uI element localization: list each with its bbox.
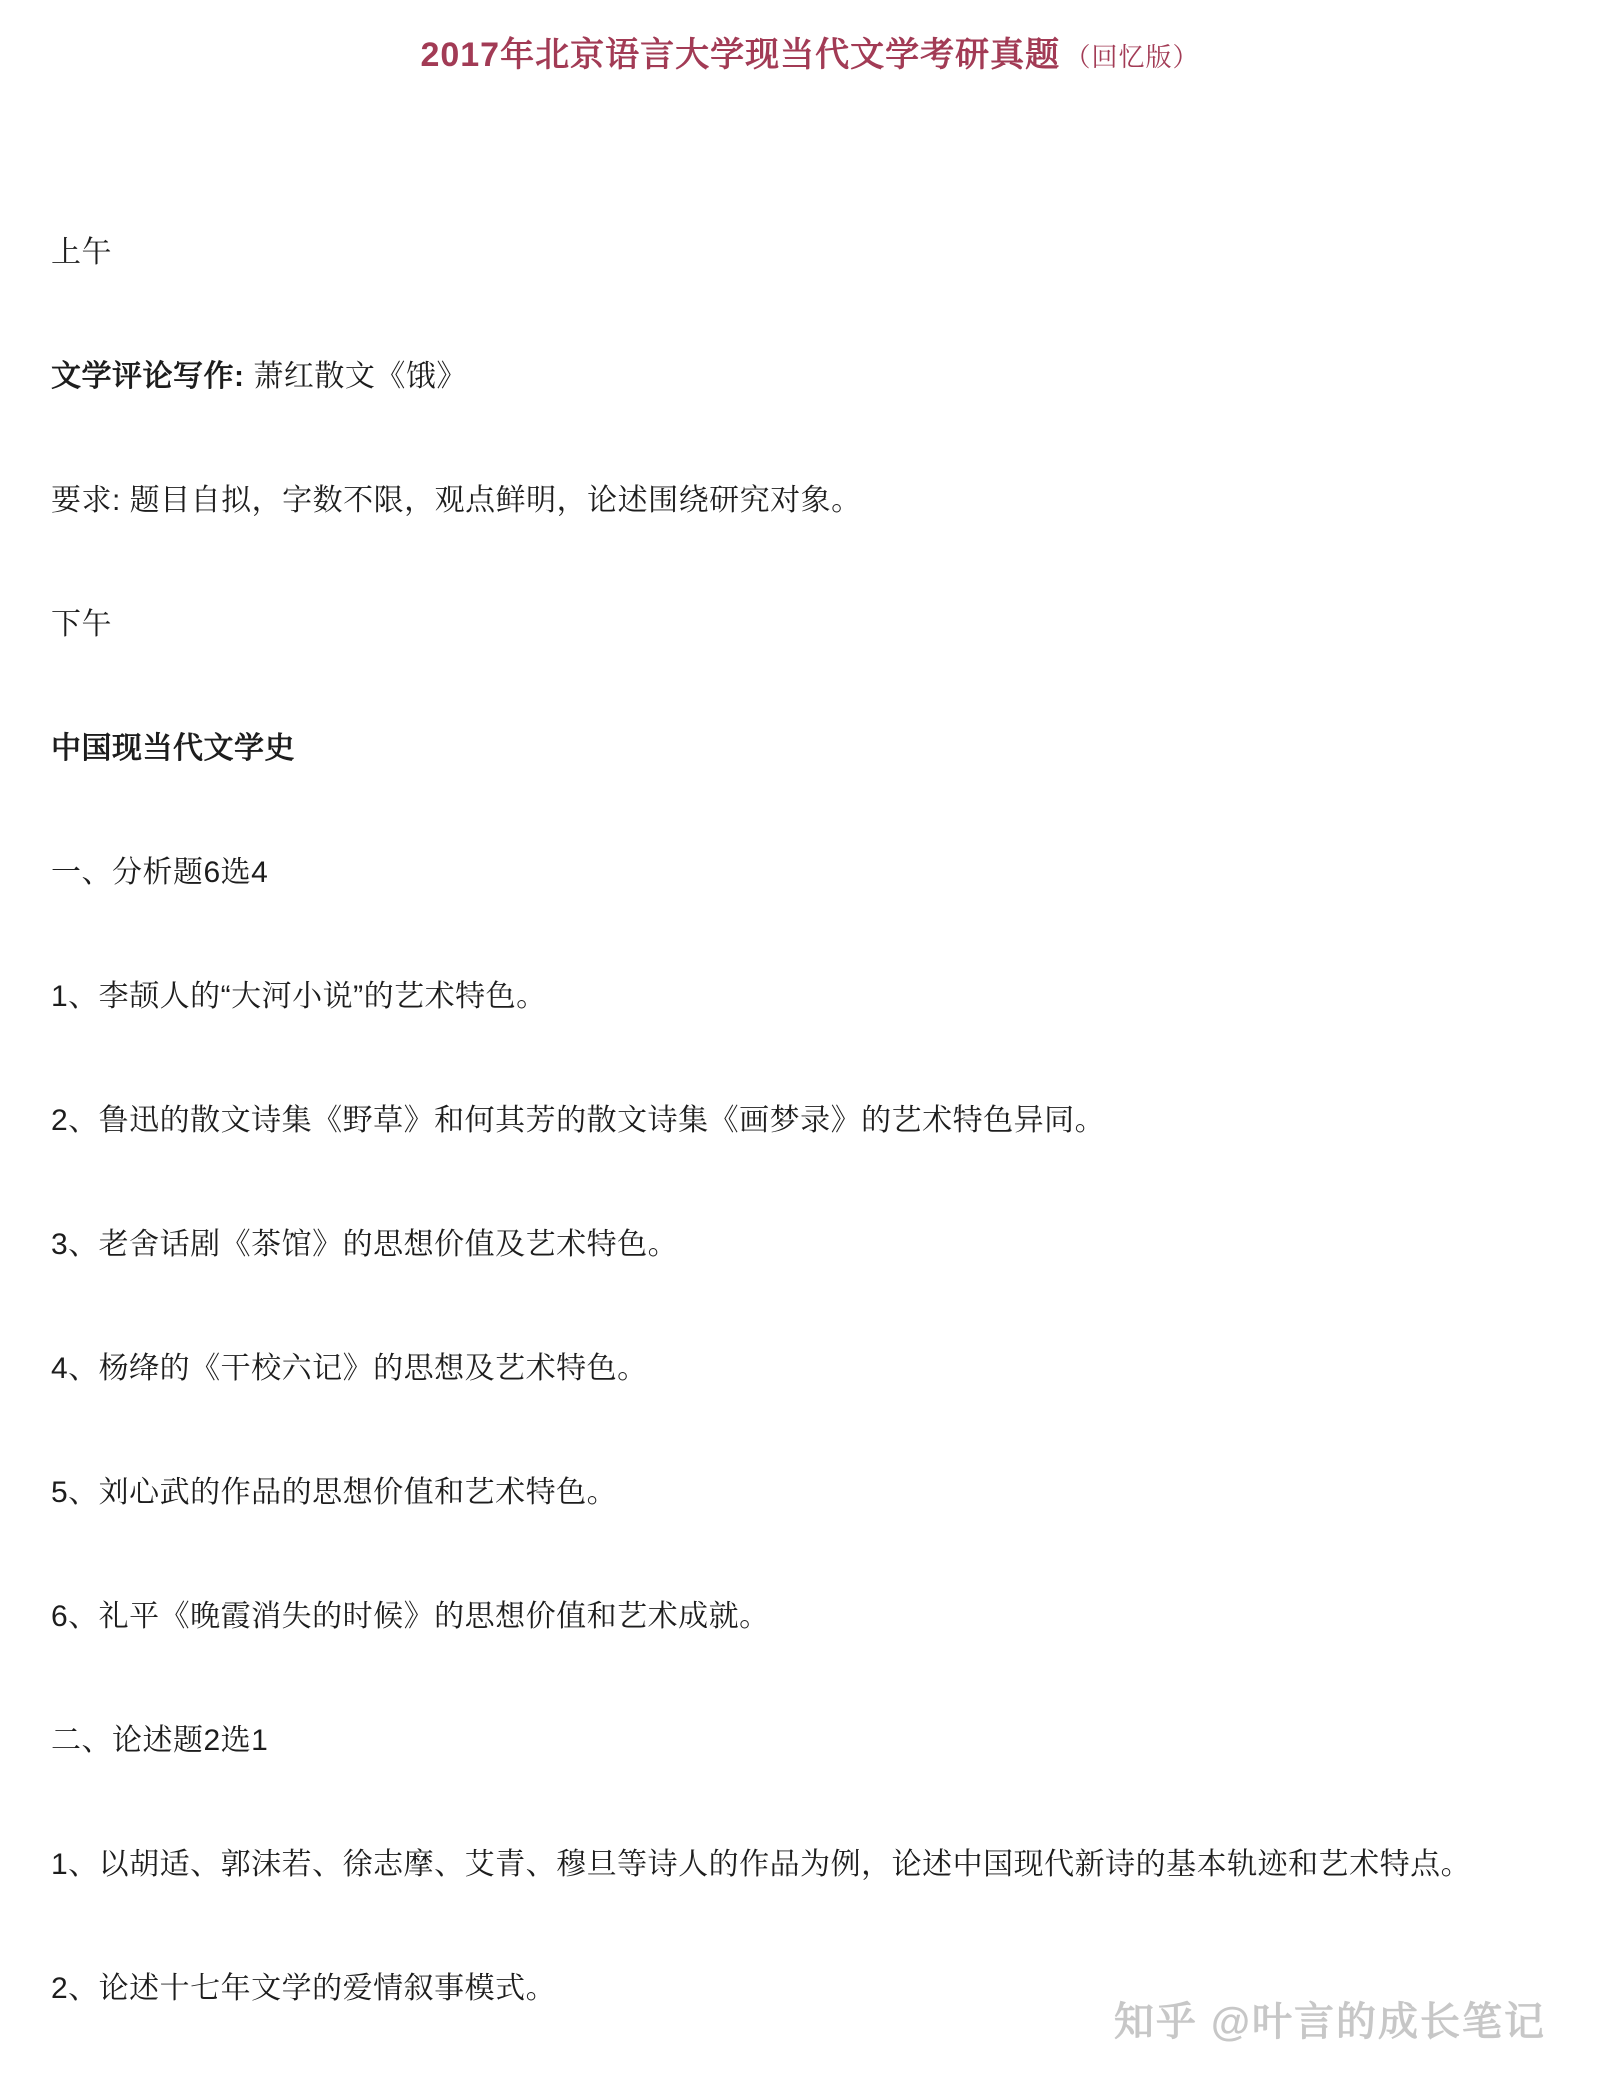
essay-task-label: 文学评论写作: [51,360,245,393]
section1-item-1: 1、李颉人的“大河小说”的艺术特色。 [51,976,1569,1018]
section2-item-1: 1、以胡适、郭沫若、徐志摩、艾青、穆旦等诗人的作品为例，论述中国现代新诗的基本轨… [51,1844,1569,1886]
section2-heading: 二、论述题2选1 [51,1720,1569,1762]
section1-heading: 一、分析题6选4 [51,852,1569,894]
session-morning-label: 上午 [51,232,1569,274]
essay-task-line: 文学评论写作: 萧红散文《饿》 [51,356,1569,398]
page-title-suffix: （回忆版） [1065,42,1200,72]
section1-item-5: 5、刘心武的作品的思想价值和艺术特色。 [51,1472,1569,1514]
zhihu-watermark: 知乎 @叶言的成长笔记 [1114,1990,1546,2047]
requirements-line: 要求: 题目自拟，字数不限，观点鲜明，论述围绕研究对象。 [51,480,1569,522]
page-title-main: 2017年北京语言大学现当代文学考研真题 [420,36,1060,74]
session-afternoon-label: 下午 [51,604,1569,646]
essay-task-text: 萧红散文《饿》 [245,360,467,393]
document-body: 上午 文学评论写作: 萧红散文《饿》 要求: 题目自拟，字数不限，观点鲜明，论述… [0,232,1620,2010]
section1-item-2: 2、鲁迅的散文诗集《野草》和何其芳的散文诗集《画梦录》的艺术特色异同。 [51,1100,1569,1142]
section1-item-6: 6、礼平《晚霞消失的时候》的思想价值和艺术成就。 [51,1596,1569,1638]
page-title: 2017年北京语言大学现当代文学考研真题 （回忆版） [0,0,1620,76]
section1-item-4: 4、杨绛的《干校六记》的思想及艺术特色。 [51,1348,1569,1390]
document-page: 2017年北京语言大学现当代文学考研真题 （回忆版） 上午 文学评论写作: 萧红… [0,0,1620,2079]
section1-item-3: 3、老舍话剧《茶馆》的思想价值及艺术特色。 [51,1224,1569,1266]
subject-heading: 中国现当代文学史 [51,728,1569,770]
